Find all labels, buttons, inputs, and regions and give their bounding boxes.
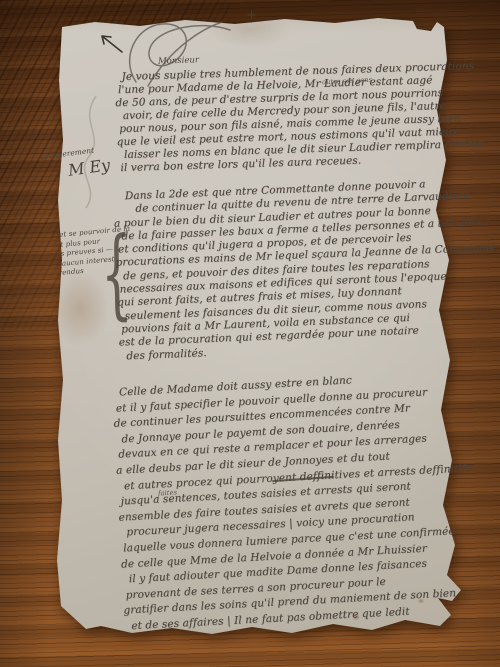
greeting: Monsieur	[158, 55, 199, 66]
paragraph-1: Je vous suplie tres humblement de nous f…	[114, 61, 451, 175]
margin-note-block: et se pourvoir de laet plus pourles preu…	[52, 225, 134, 280]
paragraph-2: Dans la 2de est que ntre Commettante don…	[113, 177, 454, 363]
paragraph-3: Celle de Madame doit aussy estre en blan…	[112, 368, 459, 635]
inserted-word: faites	[158, 489, 177, 498]
cross-mark: +	[246, 8, 257, 23]
